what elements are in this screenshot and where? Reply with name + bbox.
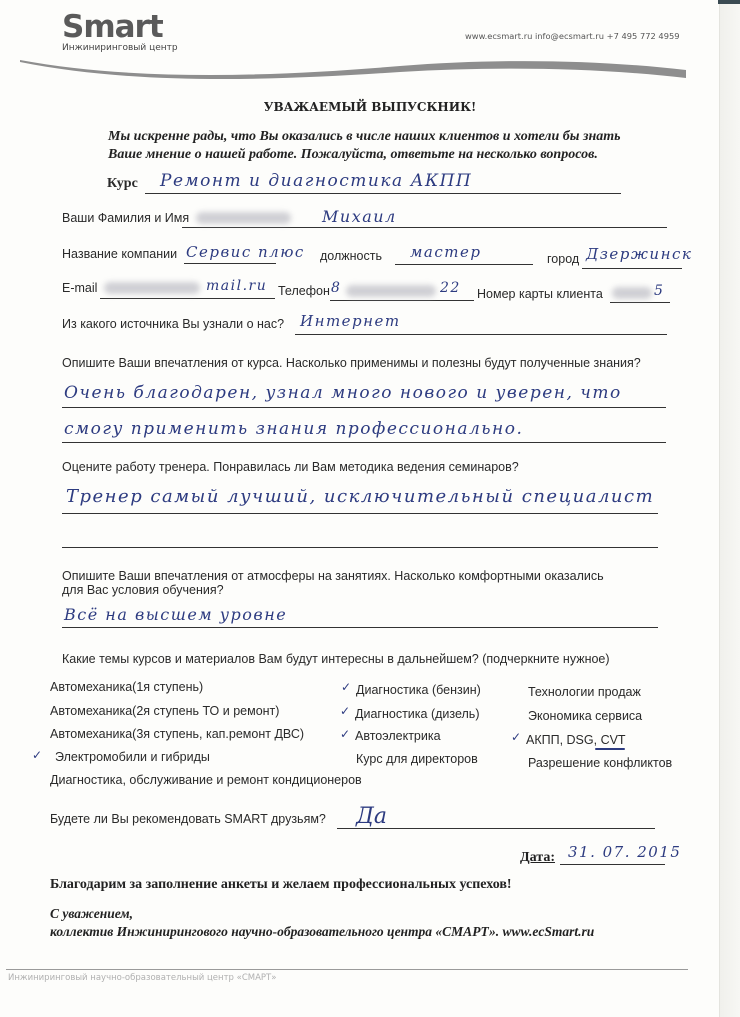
topic-auto-electrics[interactable]: Автоэлектрика (355, 729, 441, 743)
phone-field-prefix[interactable]: 8 (331, 280, 341, 296)
name-field[interactable]: Михаил (322, 207, 397, 226)
position-label: должность (320, 249, 382, 263)
topic-auto-3[interactable]: Автомеханика(3я ступень, кап.ремонт ДВС) (50, 727, 304, 741)
topic-service-economics[interactable]: Экономика сервиса (528, 709, 642, 723)
company-label: Название компании (62, 247, 177, 261)
topic-diagnostics-petrol[interactable]: Диагностика (бензин) (356, 683, 481, 697)
page-edge (719, 0, 740, 1017)
check-icon: ✓ (341, 680, 351, 694)
date-field-line (560, 864, 665, 865)
topic-conflict-resolution[interactable]: Разрешение конфликтов (528, 756, 672, 770)
course-impressions-answer-2[interactable]: смогу применить знания профессионально. (64, 419, 523, 439)
email-redacted (104, 282, 200, 294)
page-edge-top (718, 0, 740, 4)
company-field-line (184, 263, 276, 264)
topic-directors-course[interactable]: Курс для директоров (356, 752, 478, 766)
source-label: Из какого источника Вы узнали о нас? (62, 317, 284, 331)
atmosphere-label-2: для Вас условия обучения? (62, 583, 224, 597)
city-field[interactable]: Дзержинск (586, 245, 692, 263)
topic-air-conditioning[interactable]: Диагностика, обслуживание и ремонт конди… (50, 773, 362, 787)
email-label: E-mail (62, 281, 97, 295)
phone-label: Телефон (278, 284, 330, 298)
phone-field-suffix[interactable]: 22 (440, 280, 461, 296)
header-swoosh-icon (20, 56, 690, 86)
logo-subtitle: Инжиниринговый центр (62, 43, 178, 53)
logo-text: Smart (62, 10, 178, 44)
scanned-form-page: Smart Инжиниринговый центр www.ecsmart.r… (0, 0, 740, 1017)
client-card-field-line (610, 302, 670, 303)
course-impressions-line-2 (62, 442, 666, 443)
topic-auto-2[interactable]: Автомеханика(2я ступень ТО и ремонт) (50, 704, 279, 718)
topics-label: Какие темы курсов и материалов Вам будут… (62, 652, 610, 666)
trainer-line-2 (62, 547, 658, 548)
recommend-label: Будете ли Вы рекомендовать SMART друзьям… (50, 812, 326, 826)
trainer-answer-1[interactable]: Тренер самый лучший, исключительный спец… (66, 486, 654, 507)
cvt-underline (595, 748, 625, 750)
topic-electric-hybrid[interactable]: Электромобили и гибриды (55, 750, 210, 764)
name-field-line (182, 227, 667, 228)
check-icon: ✓ (511, 730, 521, 744)
source-field-line (295, 334, 667, 335)
course-label: Курс (107, 176, 138, 192)
atmosphere-line (62, 627, 658, 628)
check-icon: ✓ (340, 704, 350, 718)
city-label: город (547, 252, 579, 266)
email-field[interactable]: mail.ru (206, 278, 267, 294)
position-field-line (395, 264, 533, 265)
atmosphere-answer[interactable]: Всё на высшем уровне (64, 605, 287, 624)
intro-line-2: Ваше мнение о нашей работе. Пожалуйста, … (108, 146, 621, 164)
position-field[interactable]: мастер (410, 243, 481, 261)
footer-divider (6, 969, 688, 970)
name-redacted (196, 212, 291, 224)
client-card-redacted (612, 287, 652, 299)
topic-diagnostics-diesel[interactable]: Диагностика (дизель) (355, 707, 479, 721)
intro-line-1: Мы искренне рады, что Вы оказались в чис… (108, 128, 621, 146)
phone-redacted (346, 285, 436, 297)
source-field[interactable]: Интернет (300, 312, 401, 330)
regards-block: С уважением, коллектив Инжинирингового н… (50, 905, 594, 941)
client-card-label: Номер карты клиента (477, 287, 603, 301)
phone-field-line (330, 300, 474, 301)
form-title: УВАЖАЕМЫЙ ВЫПУСКНИК! (0, 100, 740, 114)
date-label: Дата: (520, 850, 555, 866)
course-field[interactable]: Ремонт и диагностика АКПП (160, 171, 472, 191)
city-field-line (582, 268, 682, 269)
course-impressions-label: Опишите Ваши впечатления от курса. Наско… (62, 356, 641, 370)
thanks-text: Благодарим за заполнение анкеты и желаем… (50, 877, 512, 893)
topic-auto-1[interactable]: Автомеханика(1я ступень) (50, 680, 203, 694)
footer-text: Инжиниринговый научно-образовательный це… (8, 973, 276, 983)
course-field-line (145, 193, 621, 194)
check-icon: ✓ (340, 727, 350, 741)
trainer-label: Оцените работу тренера. Понравилась ли В… (62, 460, 519, 474)
atmosphere-label-1: Опишите Ваши впечатления от атмосферы на… (62, 569, 604, 583)
form-intro: Мы искренне рады, что Вы оказались в чис… (108, 128, 621, 164)
smart-logo: Smart Инжиниринговый центр (62, 10, 178, 53)
course-impressions-line-1 (62, 407, 666, 408)
topic-akpp-dsg-cvt[interactable]: АКПП, DSG, CVT (526, 733, 626, 747)
email-field-line (100, 298, 275, 299)
topic-sales-tech[interactable]: Технологии продаж (528, 685, 641, 699)
trainer-line-1 (62, 513, 658, 514)
course-impressions-answer-1[interactable]: Очень благодарен, узнал много нового и у… (64, 383, 622, 403)
check-icon: ✓ (32, 748, 42, 762)
regards-line-2: коллектив Инжинирингового научно-образов… (50, 923, 594, 941)
name-label: Ваши Фамилия и Имя (62, 211, 189, 225)
header-contacts: www.ecsmart.ru info@ecsmart.ru +7 495 77… (465, 31, 680, 41)
company-field[interactable]: Сервис плюс (186, 243, 305, 261)
client-card-field[interactable]: 5 (654, 283, 664, 299)
regards-line-1: С уважением, (50, 905, 594, 923)
date-field[interactable]: 31. 07. 2015 (568, 843, 681, 861)
recommend-field[interactable]: Да (356, 804, 387, 829)
